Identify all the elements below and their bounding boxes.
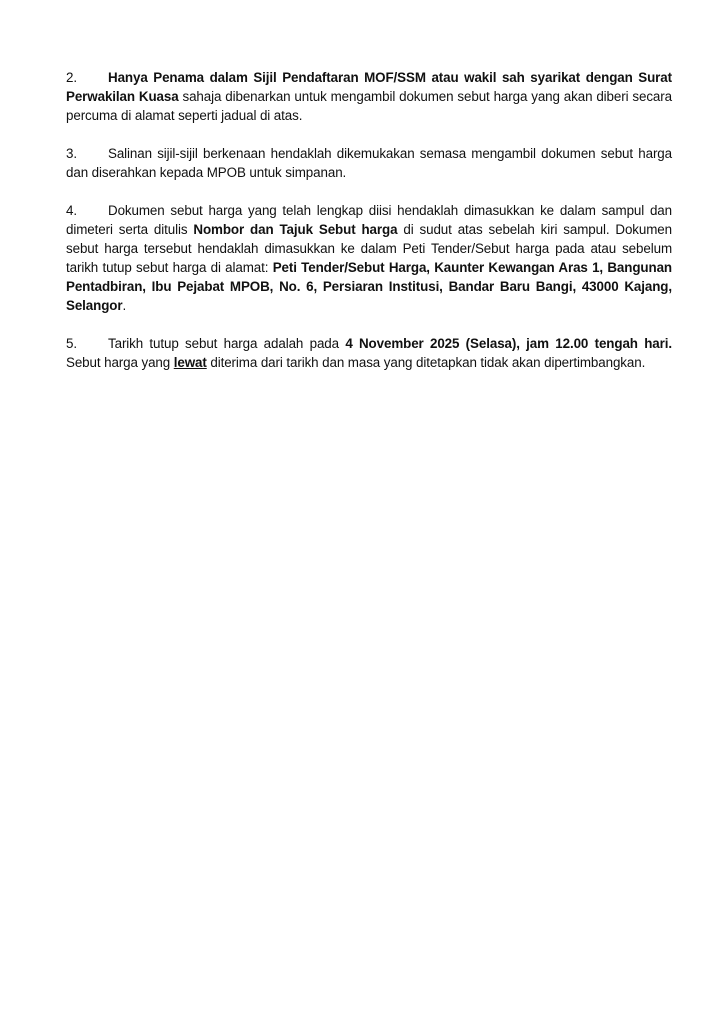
paragraph-text-bold: Nombor dan Tajuk Sebut harga	[193, 222, 397, 237]
paragraph-4: 4.Dokumen sebut harga yang telah lengkap…	[66, 201, 672, 315]
paragraph-text: Tarikh tutup sebut harga adalah pada	[108, 336, 345, 351]
paragraph-5: 5.Tarikh tutup sebut harga adalah pada 4…	[66, 334, 672, 372]
document-page: 2.Hanya Penama dalam Sijil Pendaftaran M…	[66, 68, 672, 391]
paragraph-2: 2.Hanya Penama dalam Sijil Pendaftaran M…	[66, 68, 672, 125]
paragraph-text: Salinan sijil-sijil berkenaan hendaklah …	[66, 146, 672, 180]
closing-date-text: 4 November 2025 (Selasa), jam 12.00 teng…	[345, 336, 672, 351]
paragraph-number: 5.	[66, 334, 108, 353]
paragraph-3: 3.Salinan sijil-sijil berkenaan hendakla…	[66, 144, 672, 182]
paragraph-number: 3.	[66, 144, 108, 163]
paragraph-text: .	[123, 298, 127, 313]
paragraph-number: 4.	[66, 201, 108, 220]
paragraph-number: 2.	[66, 68, 108, 87]
paragraph-text: Sebut harga yang	[66, 355, 174, 370]
paragraph-text: diterima dari tarikh dan masa yang ditet…	[207, 355, 645, 370]
late-emphasis-text: lewat	[174, 355, 207, 370]
